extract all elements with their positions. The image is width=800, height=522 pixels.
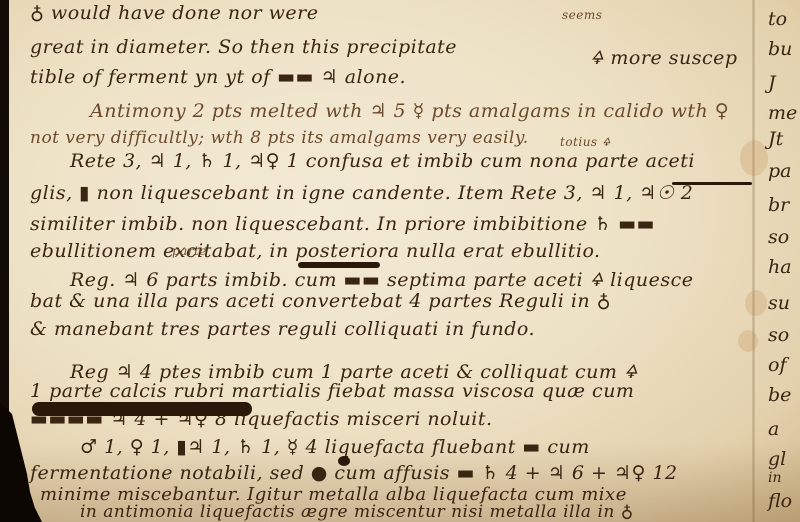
margin-word: J	[768, 72, 776, 94]
foxing-stain	[745, 290, 767, 316]
strikethrough	[298, 262, 380, 268]
manuscript-line: ♁ would have done nor were	[30, 2, 318, 24]
ink-blot	[338, 456, 350, 466]
manuscript-line: glis, ▮ non liquescebant in igne candent…	[30, 182, 693, 204]
margin-word: flo	[768, 490, 792, 512]
strikethrough	[672, 182, 752, 185]
manuscript-line: ♂ 1, ♀ 1, ▮♃ 1, ♄ 1, ☿ 4 liquefacta flue…	[80, 436, 590, 458]
manuscript-page: ♁ would have done nor were great in diam…	[0, 0, 800, 522]
margin-word: ha	[768, 256, 792, 278]
margin-word: in	[768, 470, 782, 486]
foxing-stain	[738, 330, 758, 352]
manuscript-line: tible of ferment yn yt of ▬▬ ♃ alone.	[30, 66, 406, 88]
margin-word: be	[768, 384, 791, 406]
manuscript-line: 1 parte calcis rubri martialis fiebat ma…	[30, 380, 634, 402]
margin-word: so	[768, 324, 789, 346]
manuscript-line: bat & una illa pars aceti convertebat 4 …	[30, 290, 611, 312]
margin-word: Jt	[768, 128, 783, 150]
manuscript-line: great in diameter. So then this precipit…	[30, 36, 457, 58]
margin-word: su	[768, 292, 790, 314]
margin-word: br	[768, 194, 789, 216]
line-insertion: seems	[562, 8, 602, 22]
foxing-stain	[740, 140, 768, 176]
margin-word: of	[768, 354, 786, 376]
margin-word: to	[768, 8, 787, 30]
manuscript-line: Antimony 2 pts melted wth ♃ 5 ☿ pts amal…	[90, 100, 729, 122]
manuscript-line: Rete 3, ♃ 1, ♄ 1, ♃♀ 1 confusa et imbib …	[70, 150, 695, 172]
margin-word: a	[768, 418, 779, 440]
manuscript-line: fermentatione notabili, sed ● cum affusi…	[30, 462, 678, 484]
margin-word: bu	[768, 38, 792, 60]
margin-word: pa	[768, 160, 792, 182]
margin-word: me	[768, 102, 797, 124]
margin-word: so	[768, 226, 789, 248]
strikethrough-blot	[32, 402, 252, 416]
manuscript-line: & manebant tres partes reguli colliquati…	[30, 318, 535, 340]
line-insertion: parte	[172, 244, 207, 258]
manuscript-line: 🜍 more suscep	[590, 36, 738, 75]
margin-word: gl	[768, 448, 786, 470]
manuscript-line: in antimonia liquefactis ægre miscentur …	[80, 502, 634, 522]
manuscript-line: not very difficultly; wth 8 pts its amal…	[30, 128, 529, 148]
manuscript-line: similiter imbib. non liquescebant. In pr…	[30, 213, 655, 235]
